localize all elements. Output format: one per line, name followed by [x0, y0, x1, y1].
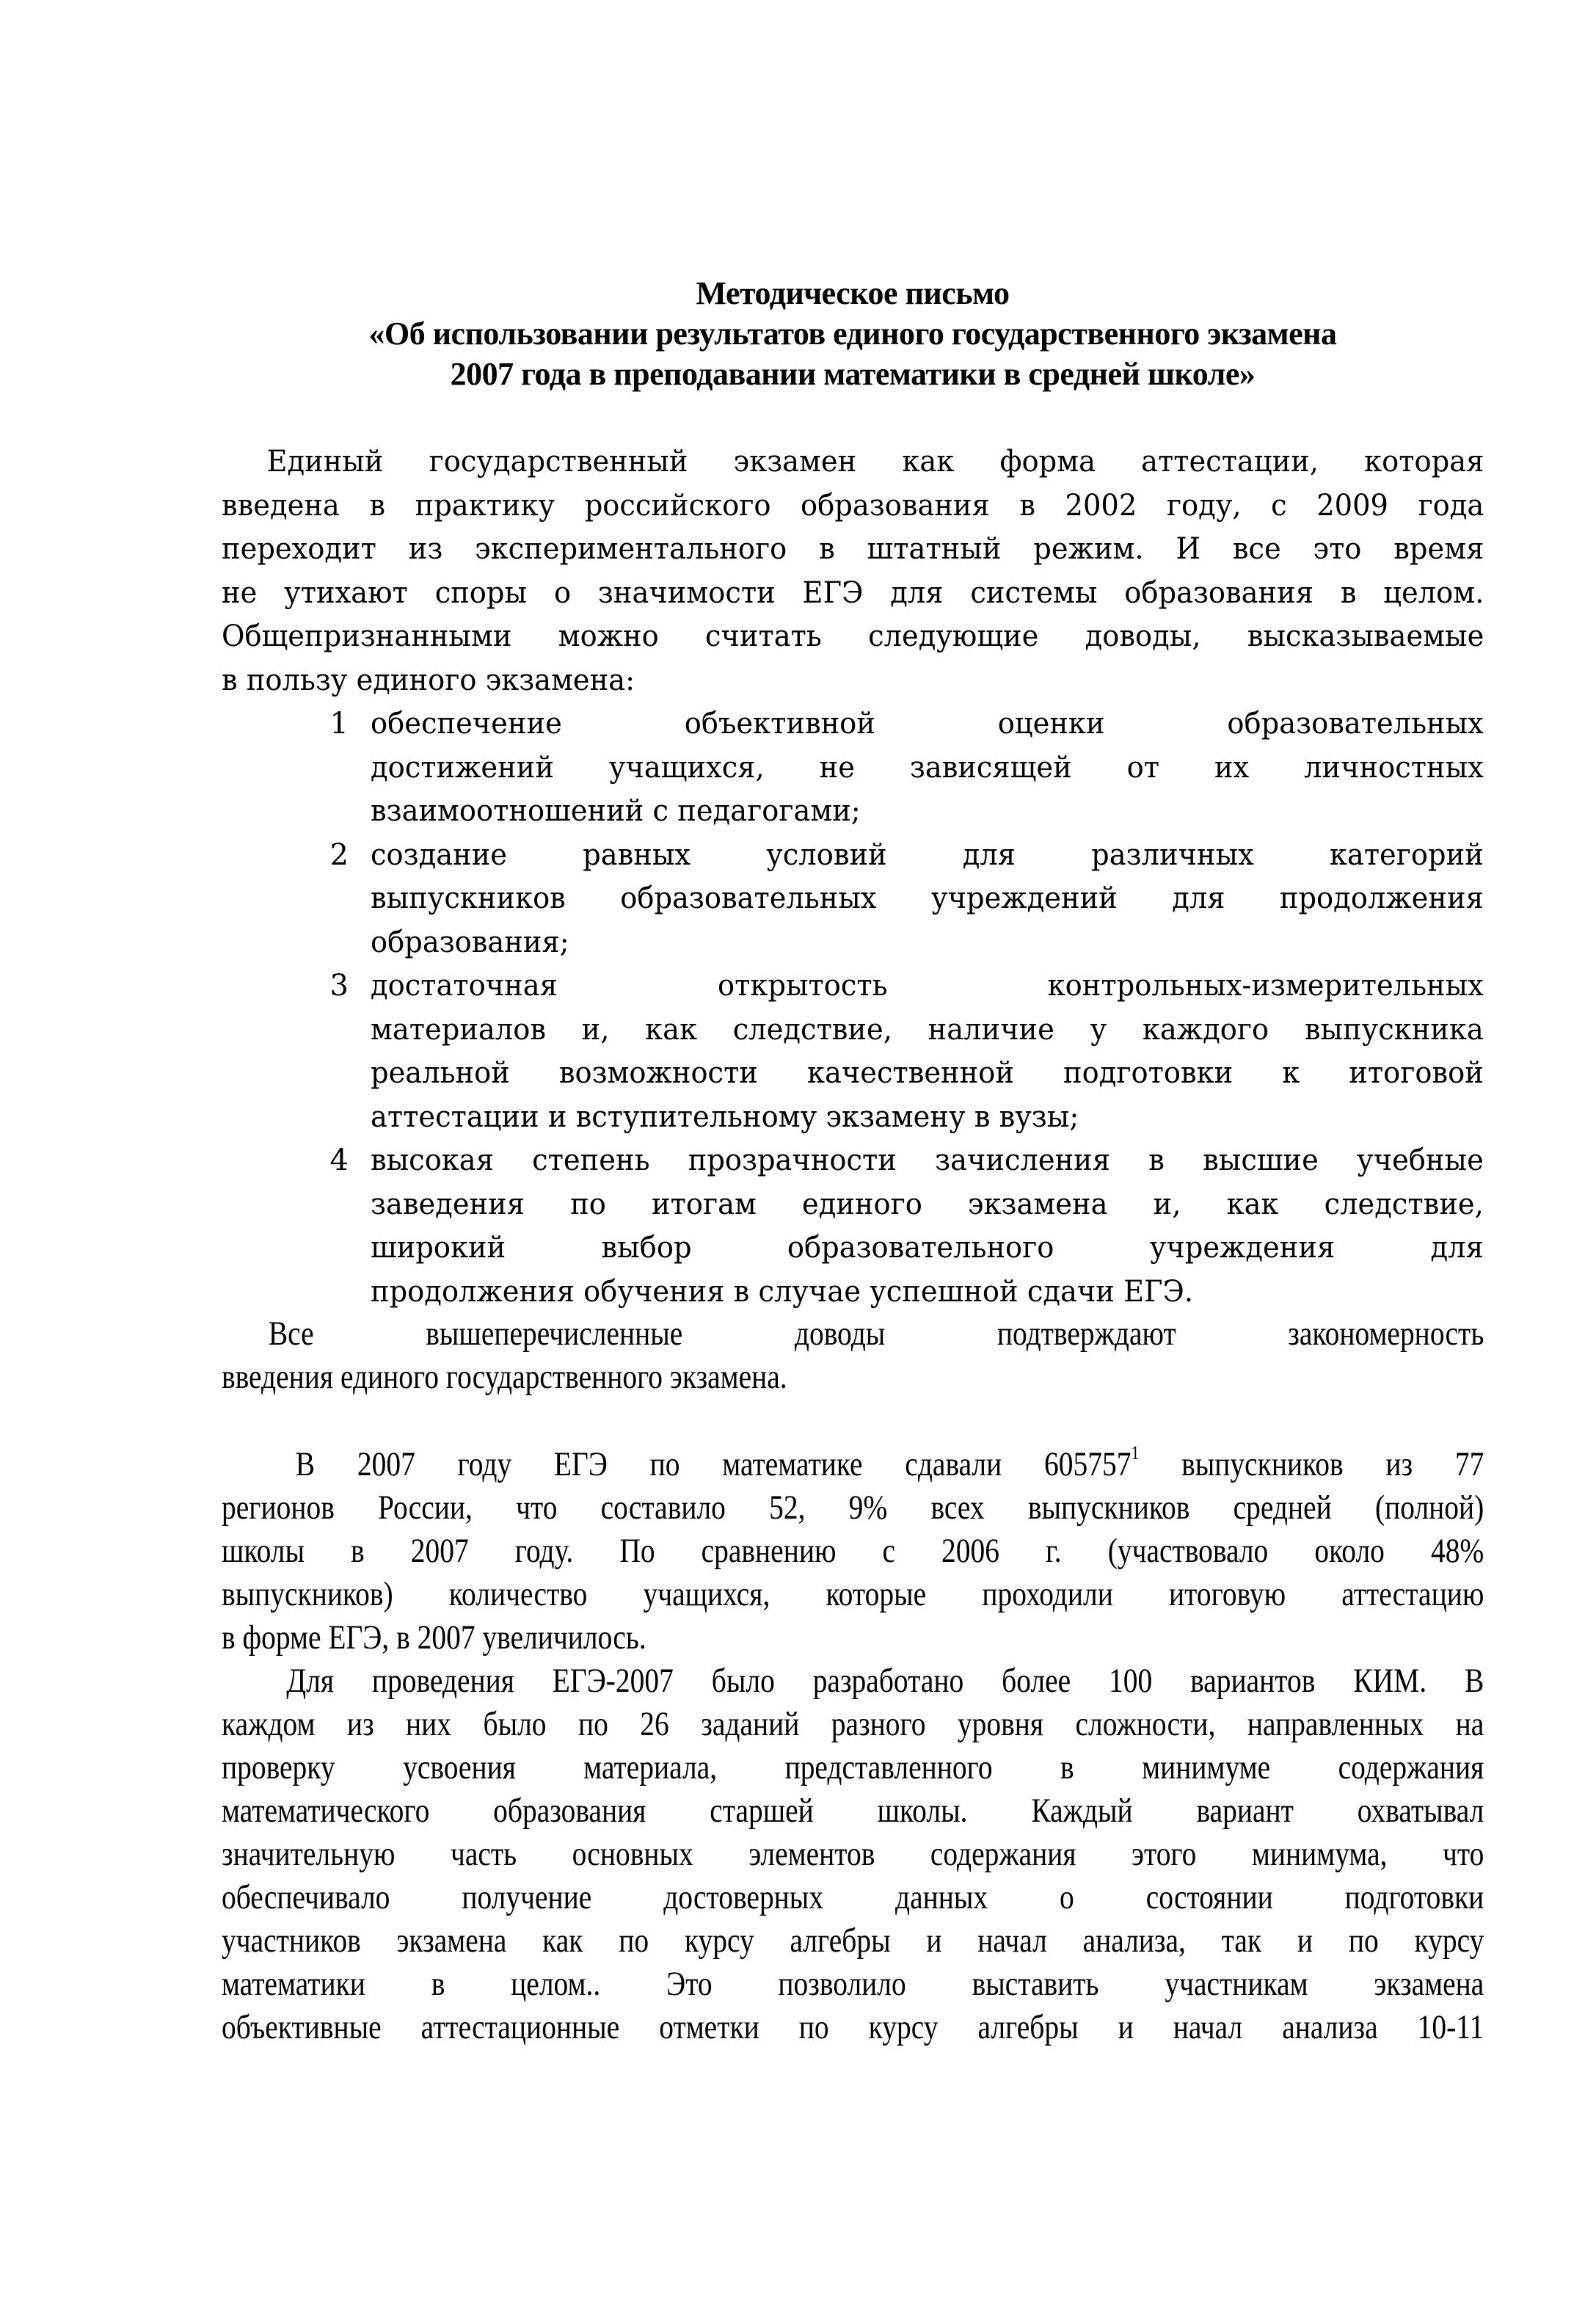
list-item: 2 создание равных условий для различных … — [222, 834, 1484, 965]
list-number: 4 — [327, 1139, 349, 1183]
text-line: объективные аттестационные отметки по ку… — [222, 2006, 1484, 2049]
kim-paragraph: Для проведения ЕГЭ-2007 было разработано… — [222, 1660, 1484, 2049]
text-line: выпускников) количество учащихся, которы… — [222, 1573, 1484, 1616]
text-line: регионов России, что составило 52, 9% вс… — [222, 1486, 1484, 1530]
conclusion-paragraph: Все вышеперечисленные доводы подтверждаю… — [222, 1312, 1484, 1399]
text-line: заведения по итогам единого экзамена и, … — [371, 1183, 1484, 1227]
text-line: математики в целом.. Это позволило выста… — [222, 1963, 1484, 2006]
text-line: введения единого государственного экзаме… — [222, 1356, 1484, 1399]
text-line: школы в 2007 году. По сравнению с 2006 г… — [222, 1530, 1484, 1573]
text-line: переходит из экспериментального в штатны… — [222, 528, 1484, 572]
text-line: аттестации и вступительному экзамену в в… — [371, 1096, 1484, 1140]
text-line: продолжения обучения в случае успешной с… — [371, 1270, 1484, 1315]
text-line: участников экзамена как по курсу алгебры… — [222, 1919, 1484, 1963]
text-line: в пользу единого экзамена: — [222, 659, 1484, 703]
text-line: Единый государственный экзамен как форма… — [222, 440, 1484, 484]
title-line-2: «Об использовании результатов единого го… — [222, 313, 1484, 354]
text-line: образования; — [371, 921, 1484, 965]
text-line: широкий выбор образовательного учреждени… — [371, 1226, 1484, 1270]
text-segment: В 2007 году ЕГЭ по математике сдавали 60… — [296, 1445, 1132, 1483]
text-line: реальной возможности качественной подгот… — [371, 1052, 1484, 1096]
list-number: 2 — [327, 834, 349, 878]
text-line: высокая степень прозрачности зачисления … — [371, 1139, 1484, 1183]
stats-paragraph: В 2007 году ЕГЭ по математике сдавали 60… — [222, 1443, 1484, 1660]
text-line: Общепризнанными можно считать следующие … — [222, 615, 1484, 659]
text-segment: выпускников из 77 — [1139, 1445, 1484, 1483]
intro-paragraph: Единый государственный экзамен как форма… — [222, 440, 1484, 702]
footnote-mark[interactable]: 1 — [1131, 1442, 1139, 1464]
list-item: 3 достаточная открытость контрольных-изм… — [222, 964, 1484, 1139]
text-line: В 2007 году ЕГЭ по математике сдавали 60… — [222, 1443, 1484, 1486]
text-line: не утихают споры о значимости ЕГЭ для си… — [222, 572, 1484, 616]
title-line-1: Методическое письмо — [222, 273, 1484, 313]
text-line: выпускников образовательных учреждений д… — [371, 877, 1484, 921]
text-line: математического образования старшей школ… — [222, 1789, 1484, 1833]
text-line: достаточная открытость контрольных-измер… — [371, 964, 1484, 1008]
text-line: каждом из них было по 26 заданий разного… — [222, 1703, 1484, 1746]
text-line: создание равных условий для различных ка… — [371, 834, 1484, 878]
list-item: 4 высокая степень прозрачности зачислени… — [222, 1139, 1484, 1314]
text-line: обеспечивало получение достоверных данны… — [222, 1876, 1484, 1919]
list-number: 1 — [327, 702, 349, 746]
title-line-3: 2007 года в преподавании математики в ср… — [222, 354, 1484, 394]
text-line: значительную часть основных элементов со… — [222, 1833, 1484, 1876]
text-line: проверку усвоения материала, представлен… — [222, 1746, 1484, 1789]
text-line: Все вышеперечисленные доводы подтверждаю… — [222, 1312, 1484, 1356]
text-line: Для проведения ЕГЭ-2007 было разработано… — [222, 1660, 1484, 1703]
text-line: материалов и, как следствие, наличие у к… — [371, 1008, 1484, 1053]
text-line: достижений учащихся, не зависящей от их … — [371, 746, 1484, 790]
text-line: взаимоотношений с педагогами; — [371, 790, 1484, 834]
arguments-list: 1 обеспечение объективной оценки образов… — [222, 702, 1484, 1314]
text-line: в форме ЕГЭ, в 2007 увеличилось. — [222, 1616, 1484, 1660]
list-item: 1 обеспечение объективной оценки образов… — [222, 702, 1484, 834]
text-line: обеспечение объективной оценки образоват… — [371, 702, 1484, 746]
text-line: введена в практику российского образован… — [222, 484, 1484, 528]
document-title: Методическое письмо «Об использовании ре… — [222, 273, 1484, 394]
document-page: Методическое письмо «Об использовании ре… — [0, 0, 1596, 2312]
list-number: 3 — [327, 964, 349, 1008]
